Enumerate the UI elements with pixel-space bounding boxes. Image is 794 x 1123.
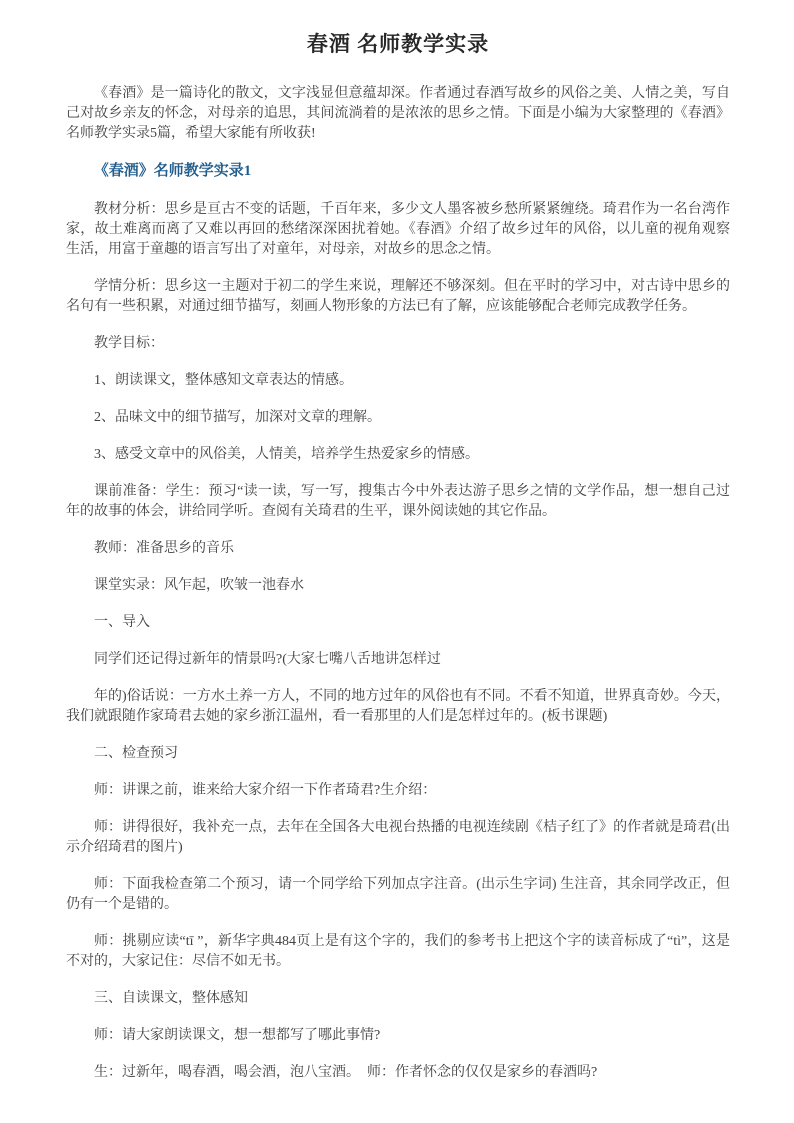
paragraph: 学情分析：思乡这一主题对于初二的学生来说，理解还不够深刻。但在平时的学习中，对古…	[66, 277, 730, 317]
paragraph: 师：下面我检查第二个预习，请一个同学给下列加点字注音。(出示生字词) 生注音，其…	[66, 875, 730, 915]
paragraph: 《春酒》是一篇诗化的散文，文字浅显但意蕴却深。作者通过春酒写故乡的风俗之美、人情…	[66, 84, 730, 144]
paragraph: 2、品味文中的细节描写，加深对文章的理解。	[66, 408, 730, 428]
section-heading: 《春酒》名师教学实录1	[66, 161, 730, 182]
document-body: 《春酒》是一篇诗化的散文，文字浅显但意蕴却深。作者通过春酒写故乡的风俗之美、人情…	[66, 84, 730, 1083]
page-title: 春酒 名师教学实录	[66, 28, 730, 58]
paragraph: 教师：准备思乡的音乐	[66, 539, 730, 559]
paragraph: 年的)俗话说：一方水土养一方人，不同的地方过年的风俗也有不同。不看不知道，世界真…	[66, 687, 730, 727]
paragraph: 教学目标：	[66, 334, 730, 354]
paragraph: 一、导入	[66, 613, 730, 633]
paragraph: 3、感受文章中的风俗美，人情美，培养学生热爱家乡的情感。	[66, 445, 730, 465]
paragraph: 二、检查预习	[66, 744, 730, 764]
paragraph: 同学们还记得过新年的情景吗?(大家七嘴八舌地讲怎样过	[66, 650, 730, 670]
paragraph: 课前准备：学生：预习“读一读，写一写，搜集古今中外表达游子思乡之情的文学作品，想…	[66, 482, 730, 522]
paragraph: 师：请大家朗读课文，想一想都写了哪此事情?	[66, 1026, 730, 1046]
paragraph: 生：过新年，喝春酒，喝会酒，泡八宝酒。 师：作者怀念的仅仅是家乡的春酒吗?	[66, 1063, 730, 1083]
paragraph: 课堂实录：风乍起，吹皱一池春水	[66, 576, 730, 596]
paragraph: 1、朗读课文，整体感知文章表达的情感。	[66, 371, 730, 391]
paragraph: 教材分析：思乡是亘古不变的话题，千百年来，多少文人墨客被乡愁所紧紧缠绕。琦君作为…	[66, 200, 730, 260]
paragraph: 师：讲课之前，谁来给大家介绍一下作者琦君?生介绍：	[66, 781, 730, 801]
paragraph: 三、自读课文，整体感知	[66, 989, 730, 1009]
paragraph: 师：讲得很好，我补充一点，去年在全国各大电视台热播的电视连续剧《桔子红了》的作者…	[66, 818, 730, 858]
document-page: 春酒 名师教学实录 《春酒》是一篇诗化的散文，文字浅显但意蕴却深。作者通过春酒写…	[0, 0, 794, 1123]
paragraph: 师：挑剔应读“tī ”，新华字典484页上是有这个字的，我们的参考书上把这个字的…	[66, 932, 730, 972]
